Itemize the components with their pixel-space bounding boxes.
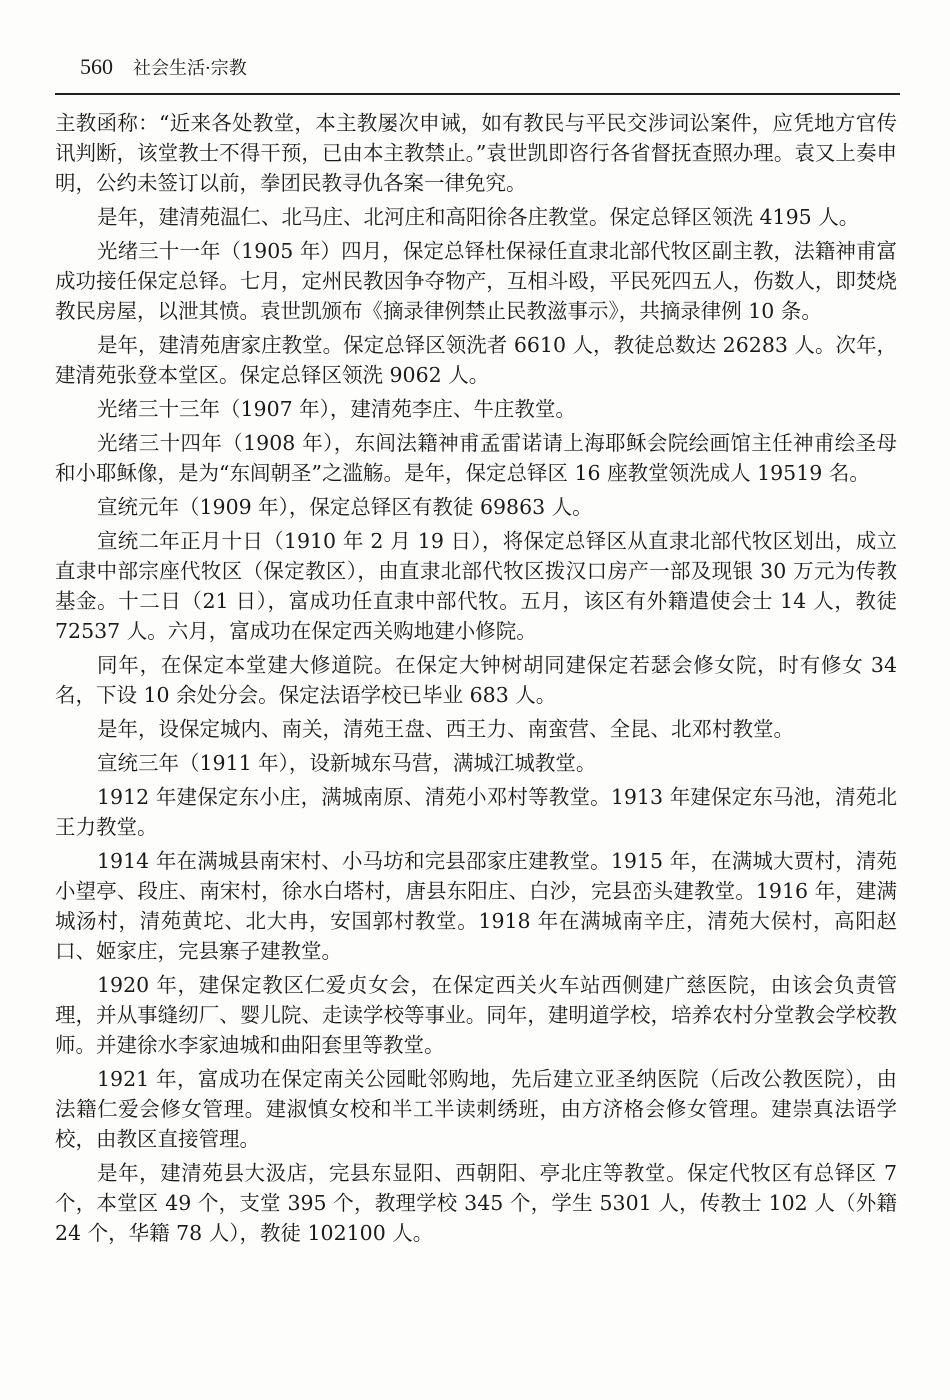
paragraph: 光绪三十一年（1905 年）四月，保定总铎杜保禄任直隶北部代牧区副主教，法籍神甫… [55, 236, 897, 326]
paragraph: 同年，在保定本堂建大修道院。在保定大钟树胡同建保定若瑟会修女院，时有修女 34 … [55, 650, 897, 710]
paragraph: 1921 年，富成功在保定南关公园毗邻购地，先后建立亚圣纳医院（后改公教医院），… [55, 1064, 897, 1154]
book-page: 560 社会生活·宗教 主教函称：“近来各处教堂，本主教屡次申诫，如有教民与平民… [0, 0, 950, 1400]
paragraph: 是年，建清苑唐家庄教堂。保定总铎区领洗者 6610 人，教徒总数达 26283 … [55, 330, 897, 390]
paragraph: 宣统元年（1909 年），保定总铎区有教徒 69863 人。 [55, 492, 897, 522]
paragraph: 1914 年在满城县南宋村、小马坊和完县邵家庄建教堂。1915 年，在满城大贾村… [55, 846, 897, 966]
section-title: 社会生活·宗教 [133, 54, 247, 80]
paragraph: 是年，建清苑县大汲店，完县东显阳、西朝阳、亭北庄等教堂。保定代牧区有总铎区 7 … [55, 1158, 897, 1248]
paragraph: 主教函称：“近来各处教堂，本主教屡次申诫，如有教民与平民交涉词讼案件，应凭地方官… [55, 108, 897, 198]
header-rule [55, 93, 900, 95]
paragraph: 是年，设保定城内、南关，清苑王盘、西王力、南蛮营、全昆、北邓村教堂。 [55, 714, 897, 744]
body-text: 主教函称：“近来各处教堂，本主教屡次申诫，如有教民与平民交涉词讼案件，应凭地方官… [55, 108, 897, 1252]
paragraph: 是年，建清苑温仁、北马庄、北河庄和高阳徐各庄教堂。保定总铎区领洗 4195 人。 [55, 202, 897, 232]
paragraph: 光绪三十四年（1908 年），东闾法籍神甫孟雷诺请上海耶稣会院绘画馆主任神甫绘圣… [55, 428, 897, 488]
page-number: 560 [80, 54, 113, 80]
paragraph: 1912 年建保定东小庄，满城南原、清苑小邓村等教堂。1913 年建保定东马池，… [55, 782, 897, 842]
running-header: 560 社会生活·宗教 [80, 54, 247, 86]
paragraph: 宣统二年正月十日（1910 年 2 月 19 日），将保定总铎区从直隶北部代牧区… [55, 526, 897, 646]
paragraph: 光绪三十三年（1907 年），建清苑李庄、牛庄教堂。 [55, 394, 897, 424]
paragraph: 1920 年，建保定教区仁爱贞女会，在保定西关火车站西侧建广慈医院，由该会负责管… [55, 970, 897, 1060]
paragraph: 宣统三年（1911 年），设新城东马营，满城江城教堂。 [55, 748, 897, 778]
